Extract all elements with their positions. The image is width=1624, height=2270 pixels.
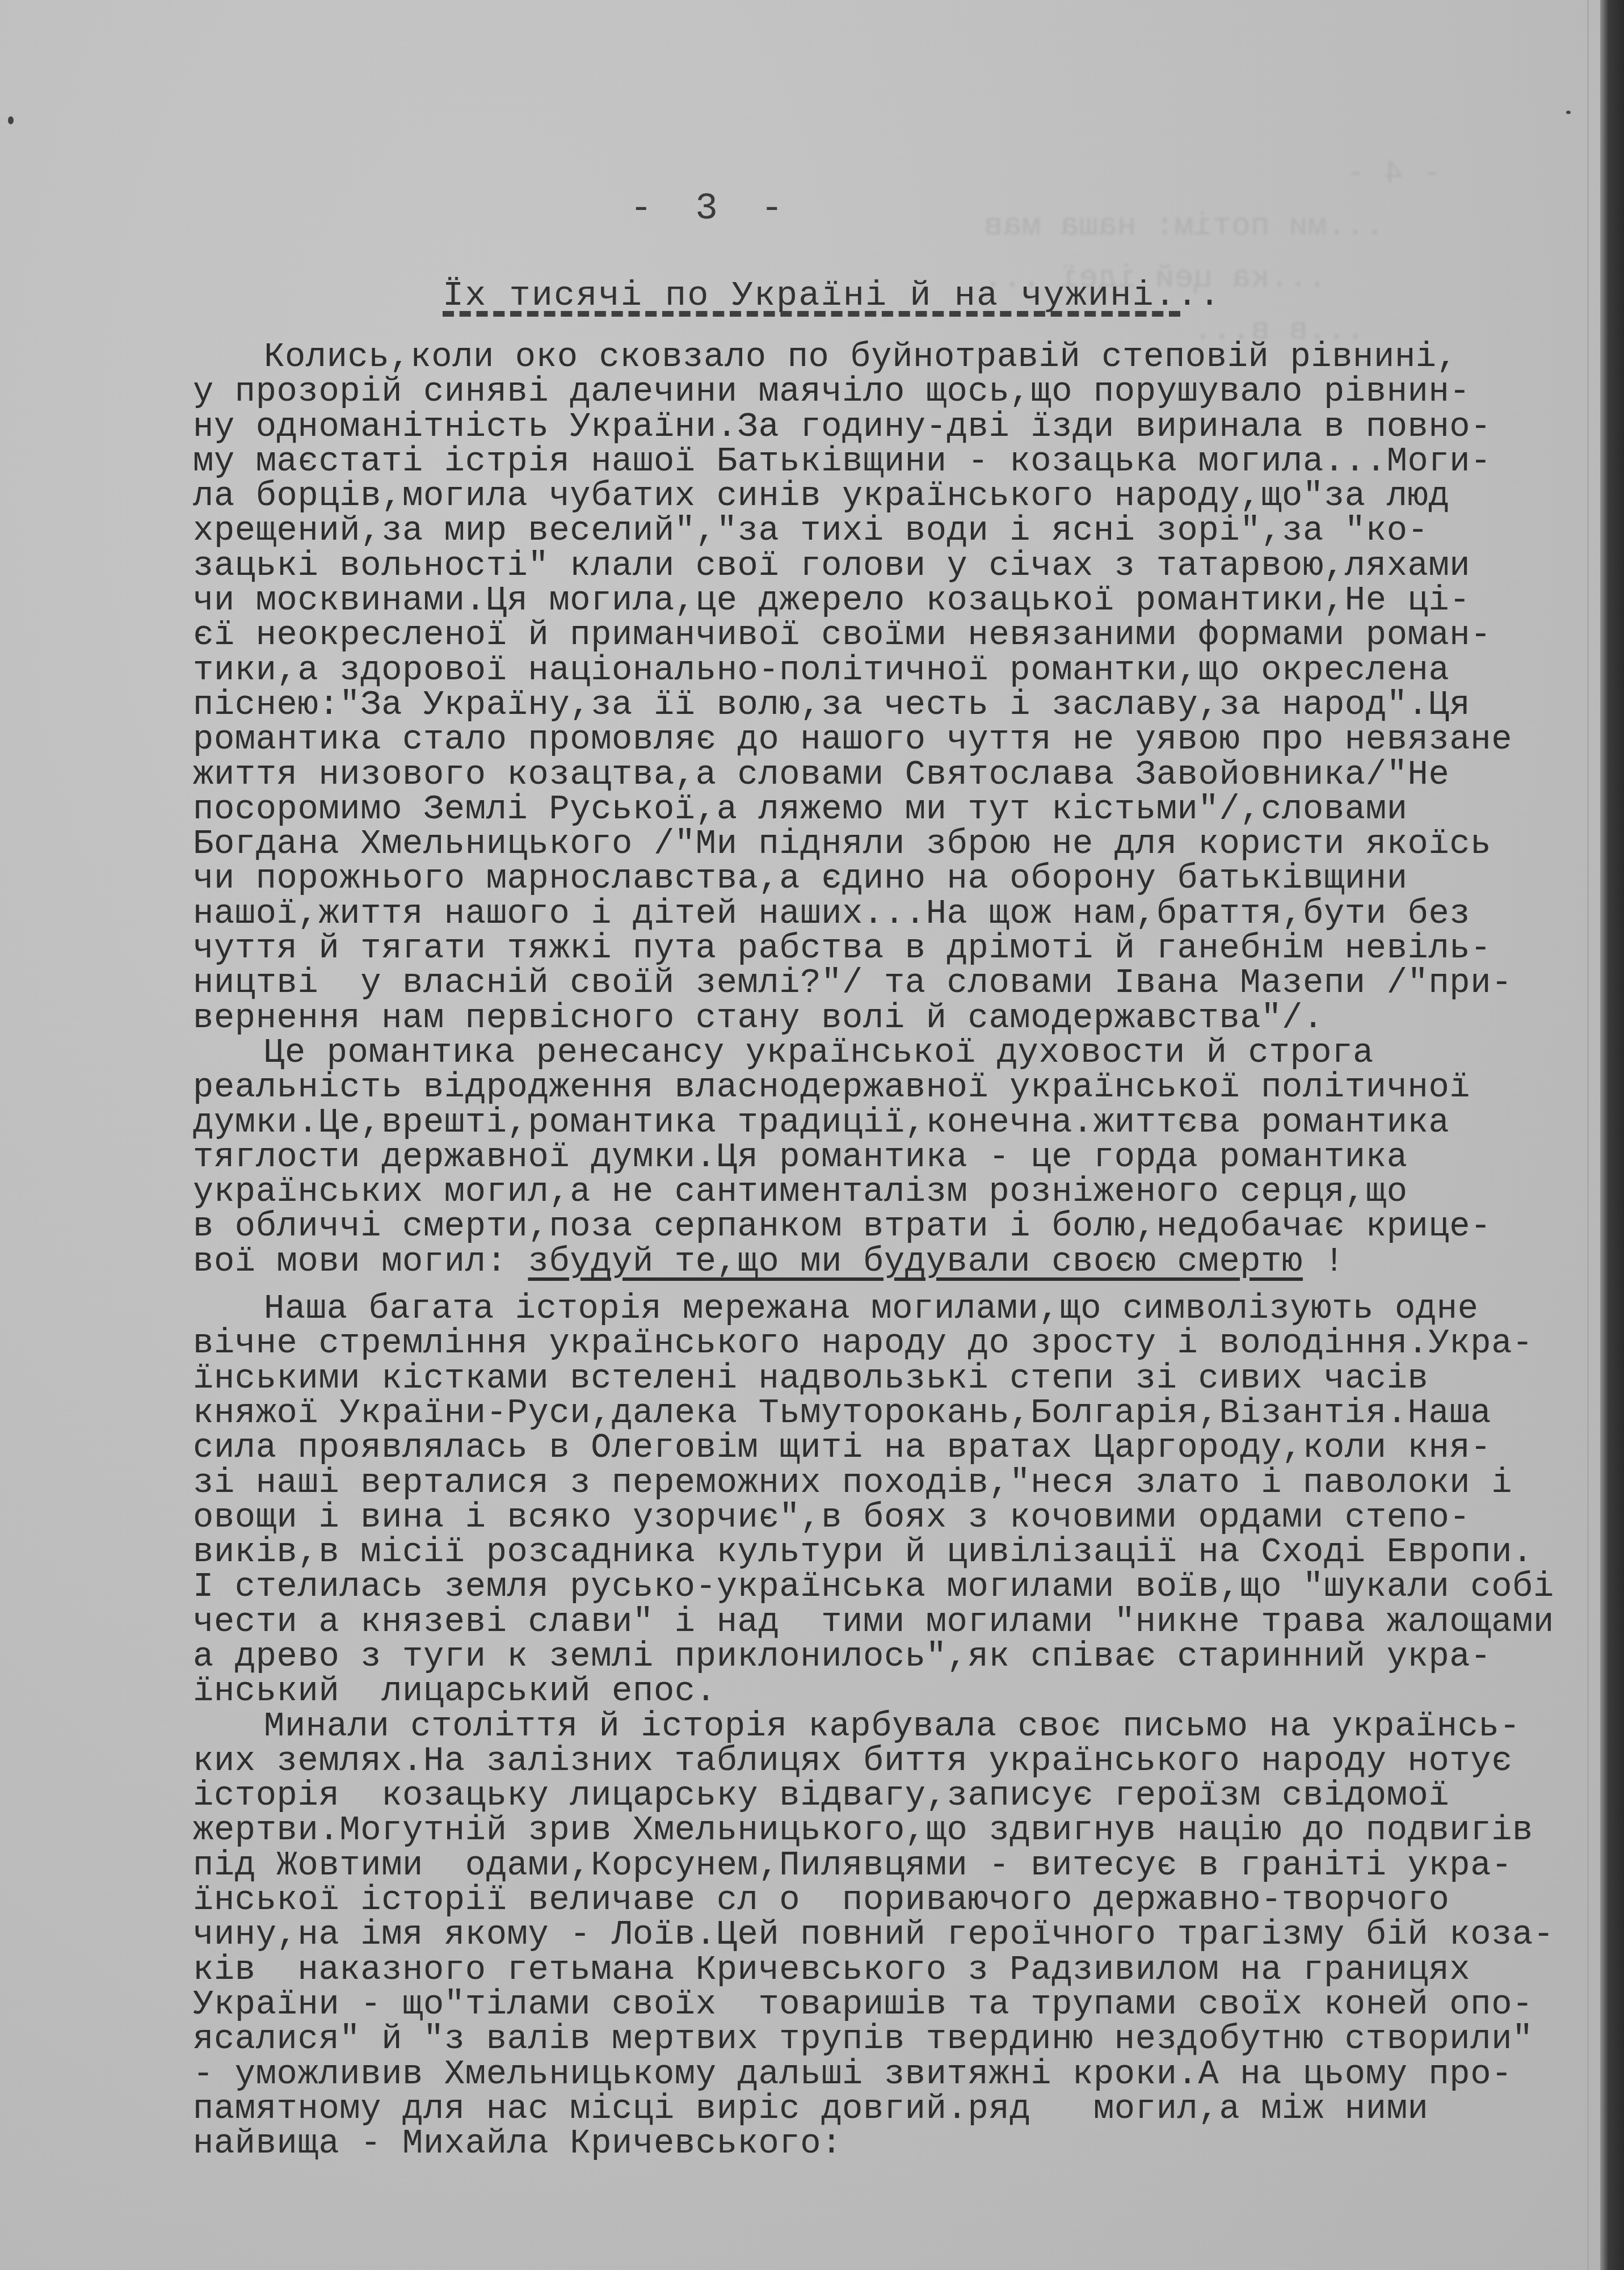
text-line: Наша багата історія мережана могилами,що… [193, 1292, 1543, 1327]
scan-edge-shadow [1600, 0, 1624, 2270]
page-title: Їх тисячі по Україні й на чужині... [443, 275, 1221, 316]
text-line: му маєстаті істрія нашої Батьківщини - к… [193, 445, 1543, 480]
text-line: єї неокресленої й приманчивої своїми нев… [193, 619, 1543, 653]
text-line: життя низового козацтва,а словами Святос… [193, 758, 1543, 793]
text-line: сила проявлялась в Олеговім щиті на врат… [193, 1431, 1543, 1466]
text-line: чи москвинами.Ця могила,це джерело козац… [193, 584, 1543, 619]
title-underline [443, 311, 1180, 317]
text-line: зацькі вольності" клали свої голови у сі… [193, 549, 1543, 584]
text-line: вернення нам первісного стану волі й сам… [193, 1002, 1543, 1036]
text-line: Богдана Хмельницького /"Ми підняли зброю… [193, 827, 1543, 862]
text-line: ких землях.На залізних таблицях биття ук… [193, 1744, 1543, 1779]
text-line: ків наказного гетьмана Кричевського з Ра… [193, 1953, 1543, 1988]
text-line: хрещений,за мир веселий","за тихі води і… [193, 514, 1543, 549]
paragraph-3: Наша багата історія мережана могилами,що… [193, 1292, 1543, 1710]
text-line: княжої України-Руси,далека Тьмуторокань,… [193, 1397, 1543, 1431]
closing-exclamation: ! [1303, 1243, 1345, 1281]
paragraph-2-closing-line: вої мови могил: збудуй те,що ми будували… [193, 1245, 1543, 1280]
paragraph-4: Минали століття й історія карбувала своє… [193, 1710, 1543, 2162]
text-line: а древо з туги к землі приклонилось",як … [193, 1640, 1543, 1675]
page-number: - 3 - [630, 187, 793, 230]
text-line: посоромимо Землі Руської,а ляжемо ми тут… [193, 793, 1543, 827]
text-line: їнський лицарський епос. [193, 1675, 1543, 1709]
paragraph-1: Колись,коли око сковзало по буйнотравій … [193, 340, 1543, 1036]
text-line: реальність відродження власнодержавної у… [193, 1071, 1543, 1105]
text-line: їнськими кістками вcтелені надвользькі с… [193, 1362, 1543, 1397]
emphasized-quote: збудуй те,що ми будували своєю смертю [528, 1243, 1303, 1281]
text-line: піснею:"За Україну,за її волю,за честь і… [193, 688, 1543, 723]
text-line: ництві у власній своїй землі?"/ та слова… [193, 966, 1543, 1001]
text-line: овощи і вина і всяко узорчиє",в боях з к… [193, 1501, 1543, 1536]
scan-speck [8, 116, 14, 124]
text-line: зі наші верталися з переможних походів,"… [193, 1466, 1543, 1501]
text-line: чи порожнього марнославства,а єдино на о… [193, 862, 1543, 897]
paragraph-2: Це романтика ренесансу української духов… [193, 1036, 1543, 1245]
text-line: ну одноманітність України.За годину-дві … [193, 410, 1543, 445]
text-line: Колись,коли око сковзало по буйнотравій … [193, 340, 1543, 375]
text-line: памятному для нас місці виріс довгий.ряд… [193, 2092, 1543, 2127]
text-line: нашої,життя нашого і дітей наших...На що… [193, 897, 1543, 932]
text-line: у прозорій синяві далечини маячіло щось,… [193, 375, 1543, 410]
text-line: жертви.Могутній зрив Хмельницького,що зд… [193, 1814, 1543, 1848]
document-body: Колись,коли око сковзало по буйнотравій … [193, 340, 1543, 2162]
text-line: тяглости державної думки.Ця романтика - … [193, 1141, 1543, 1175]
text-line: думки.Це,врешті,романтика традиції,конеч… [193, 1106, 1543, 1141]
text-line: ясалися" й "з валів мертвих трупів тверд… [193, 2023, 1543, 2057]
text-line: в обличчі смерти,поза серпанком втрати і… [193, 1210, 1543, 1245]
text-line: їнської історії величаве сл о пориваючог… [193, 1884, 1543, 1918]
text-line: вічне стремління українського народу до … [193, 1327, 1543, 1361]
text-line: І стелилась земля русько-українська моги… [193, 1570, 1543, 1605]
text-line: ла борців,могила чубатих синів українськ… [193, 480, 1543, 514]
text-line: історія козацьку лицарську відвагу,запис… [193, 1779, 1543, 1814]
closing-line-prefix: вої мови могил: [193, 1243, 528, 1281]
page-fold-line [1587, 0, 1589, 2270]
text-line: чести а князеві слави" і над тими могила… [193, 1605, 1543, 1640]
text-line: виків,в місії розсадника культури й циві… [193, 1536, 1543, 1570]
text-line: романтика стало промовляє до нашого чутт… [193, 723, 1543, 758]
text-line: найвища - Михайла Кричевського: [193, 2127, 1543, 2162]
text-line: Минали століття й історія карбувала своє… [193, 1710, 1543, 1744]
text-line: під Жовтими одами,Корсунем,Пилявцями - в… [193, 1849, 1543, 1884]
text-line: - уможливив Хмельницькому дальші звитяжн… [193, 2058, 1543, 2092]
scan-speck [1566, 111, 1571, 114]
text-line: Це романтика ренесансу української духов… [193, 1036, 1543, 1071]
text-line: тики,а здорової національно-політичної р… [193, 654, 1543, 688]
text-line: українських могил,а не сантименталізм ро… [193, 1175, 1543, 1210]
text-line: України - що"тілами своїх товаришів та т… [193, 1988, 1543, 2023]
text-line: чуття й тягати тяжкі пута рабства в дрім… [193, 932, 1543, 966]
text-line: чину,на імя якому - Лоїв.Цей повний геро… [193, 1918, 1543, 1953]
